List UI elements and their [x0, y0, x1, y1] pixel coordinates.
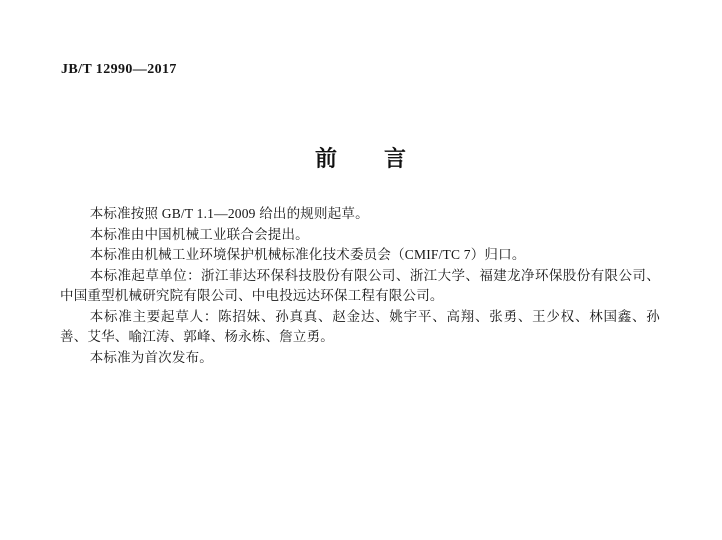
standard-number: JB/T 12990—2017	[61, 62, 177, 78]
paragraph-drafting-organizations: 本标准起草单位：浙江菲达环保科技股份有限公司、浙江大学、福建龙净环保股份有限公司…	[60, 266, 660, 307]
foreword-body: 本标准按照 GB/T 1.1—2009 给出的规则起草。 本标准由中国机械工业联…	[60, 204, 660, 368]
document-page: JB/T 12990—2017 前 言 本标准按照 GB/T 1.1—2009 …	[0, 0, 722, 540]
page-title: 前 言	[0, 142, 722, 173]
paragraph-centralized-by: 本标准由机械工业环境保护机械标准化技术委员会（CMIF/TC 7）归口。	[60, 245, 660, 266]
paragraph-proposed-by: 本标准由中国机械工业联合会提出。	[60, 225, 660, 246]
paragraph-main-drafters: 本标准主要起草人：陈招妹、孙真真、赵金达、姚宇平、高翔、张勇、王少权、林国鑫、孙…	[60, 307, 660, 348]
paragraph-rule-basis: 本标准按照 GB/T 1.1—2009 给出的规则起草。	[60, 204, 660, 225]
paragraph-first-publication: 本标准为首次发布。	[60, 348, 660, 369]
